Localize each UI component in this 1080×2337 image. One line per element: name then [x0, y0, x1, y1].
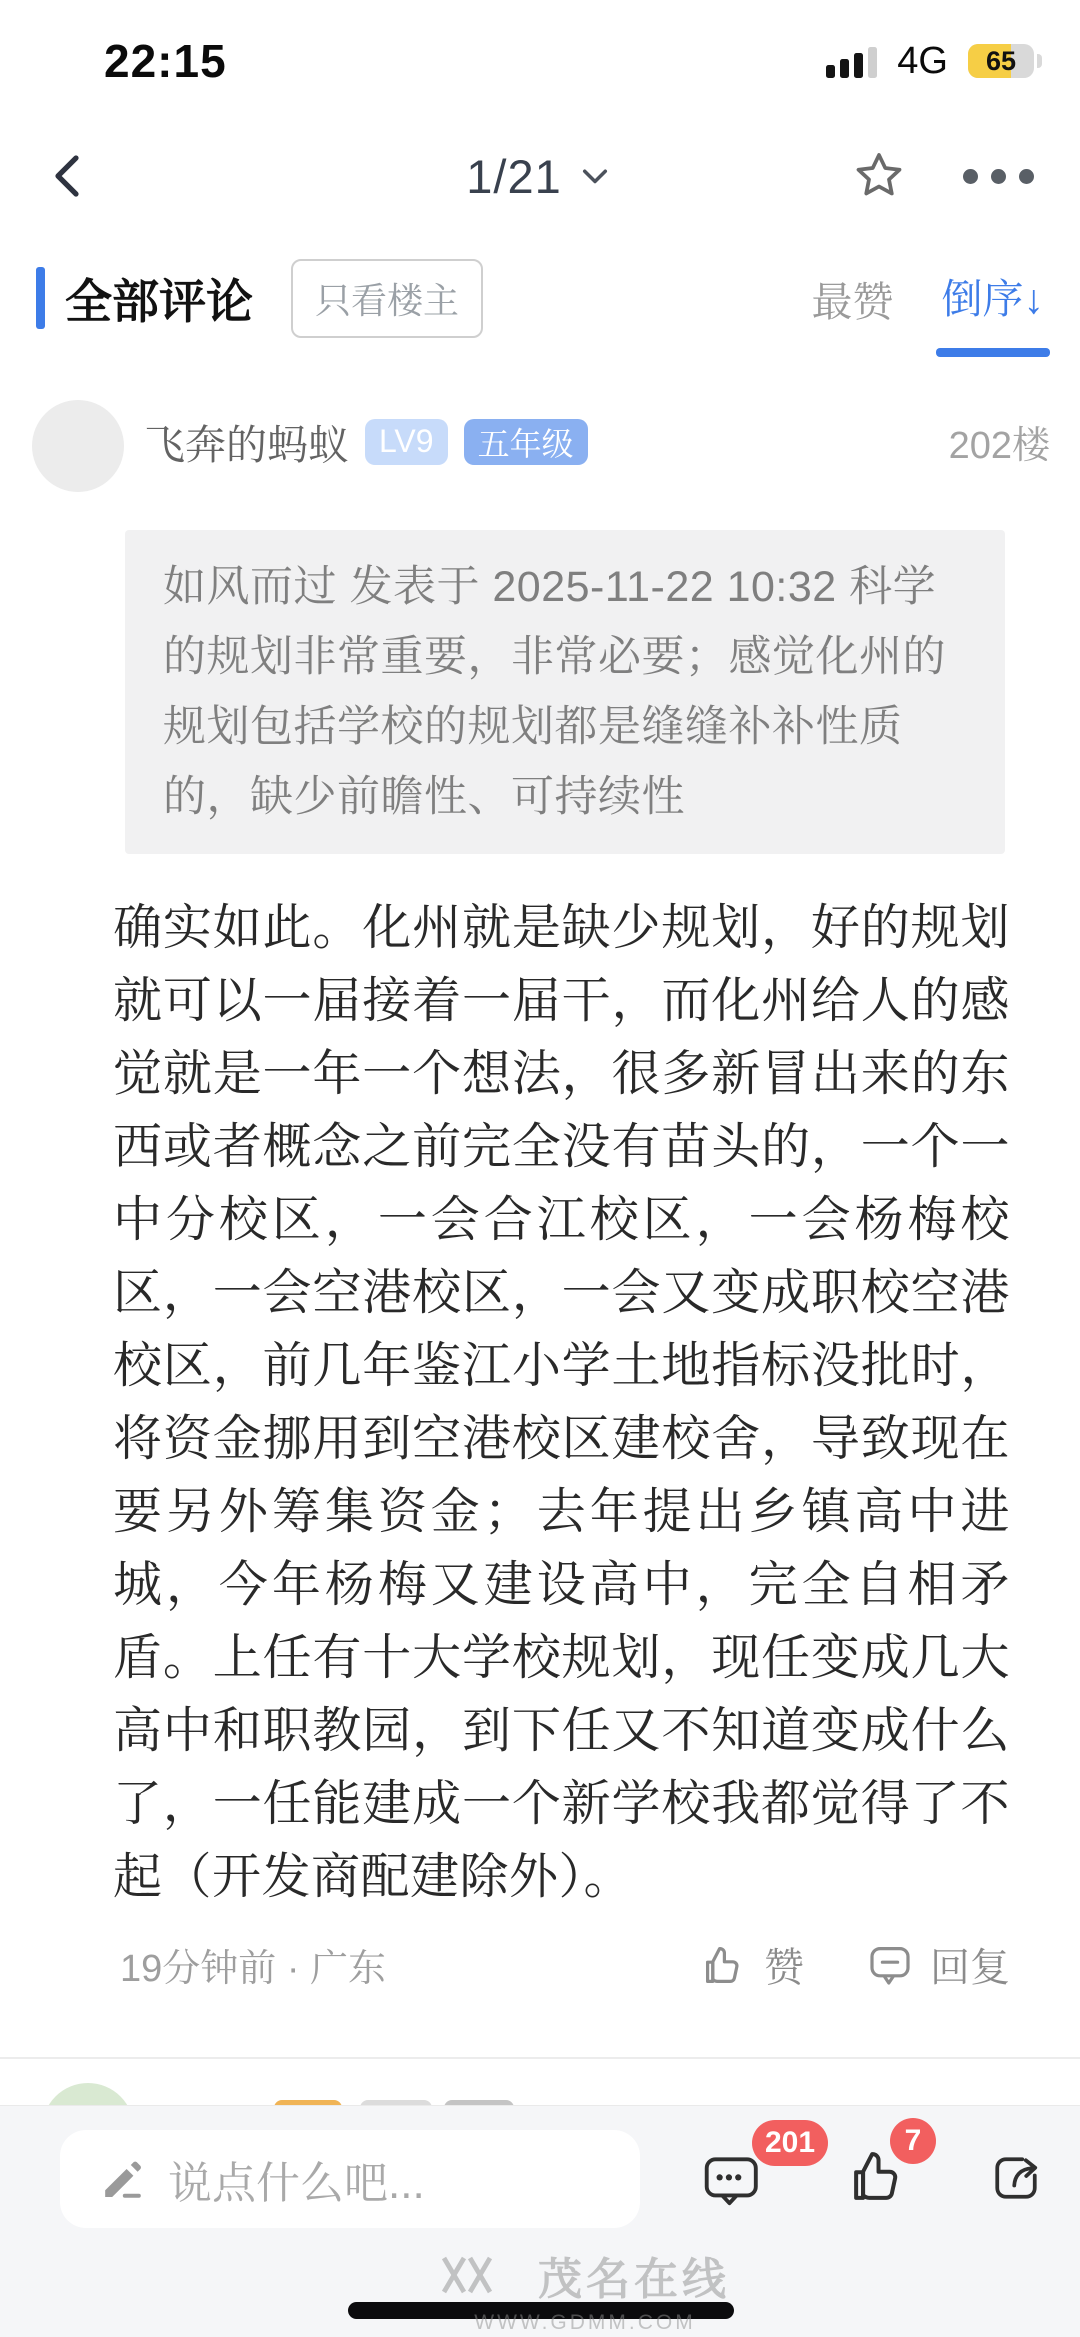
- star-icon: [849, 146, 909, 206]
- ellipsis-icon: [963, 169, 1034, 184]
- status-bar: 22:15 4G 65: [0, 0, 1080, 112]
- home-indicator[interactable]: [348, 2302, 734, 2319]
- sort-descending-button[interactable]: 倒序↓: [942, 266, 1045, 331]
- share-icon: [986, 2148, 1046, 2208]
- battery-level: 65: [968, 44, 1034, 78]
- input-placeholder: 说点什么吧...: [168, 2147, 425, 2211]
- comment-meta: 19分钟前 · 广东: [120, 1937, 386, 1992]
- view-comments-button[interactable]: [700, 2150, 762, 2215]
- like-button[interactable]: 赞: [700, 1936, 804, 1993]
- level-badge: LV9: [365, 419, 448, 465]
- signal-strength-icon: [826, 44, 877, 78]
- share-button[interactable]: [986, 2148, 1046, 2211]
- comment-body: 确实如此。化州就是缺少规划，好的规划就可以一届接着一届干，而化州给人的感觉就是一…: [113, 892, 1010, 1914]
- reply-label: 回复: [930, 1936, 1010, 1993]
- username[interactable]: 飞奔的蚂蚁: [144, 412, 349, 471]
- sort-by-likes-button[interactable]: 最赞: [812, 269, 894, 328]
- page-selector[interactable]: 1/21: [410, 148, 670, 205]
- like-label: 赞: [764, 1936, 804, 1993]
- network-type-label: 4G: [897, 40, 948, 83]
- section-title: 全部评论: [65, 265, 253, 332]
- back-button[interactable]: [44, 140, 104, 212]
- battery-icon: 65: [968, 44, 1034, 78]
- comment-count-badge: 201: [752, 2120, 828, 2166]
- reply-bubble-icon: [866, 1941, 914, 1989]
- avatar[interactable]: [32, 400, 124, 492]
- favorite-button[interactable]: [849, 146, 909, 206]
- comment-footer: 19分钟前 · 广东 赞 回复: [120, 1936, 1010, 1993]
- section-accent-bar: [36, 267, 45, 329]
- page-indicator: 1/21: [466, 149, 561, 204]
- pencil-icon: [98, 2155, 146, 2203]
- like-count-badge: 7: [890, 2118, 936, 2164]
- thumbs-up-icon: [700, 1941, 748, 1989]
- nav-bar: 1/21: [0, 112, 1080, 240]
- filter-op-only-button[interactable]: 只看楼主: [291, 259, 483, 338]
- more-button[interactable]: [963, 169, 1034, 184]
- composer-bar: 说点什么吧... 201 7: [0, 2105, 1080, 2337]
- sort-active-indicator: [936, 348, 1051, 357]
- back-chevron-icon: [44, 142, 92, 210]
- chevron-down-icon: [576, 157, 614, 195]
- floor-number: 202楼: [949, 414, 1050, 469]
- comment-input[interactable]: 说点什么吧...: [60, 2130, 640, 2228]
- quoted-post: 如风而过 发表于 2025-11-22 10:32 科学的规划非常重要，非常必要…: [125, 530, 1005, 854]
- comment-item: 飞奔的蚂蚁 LV9 五年级 202楼 如风而过 发表于 2025-11-22 1…: [0, 400, 1080, 1993]
- comments-toolbar: 全部评论 只看楼主 最赞 倒序↓: [0, 240, 1080, 356]
- arrow-down-icon: ↓: [1024, 276, 1045, 322]
- clock: 22:15: [104, 34, 227, 88]
- grade-badge: 五年级: [464, 419, 588, 465]
- comment-bubble-icon: [700, 2150, 762, 2212]
- reply-button[interactable]: 回复: [866, 1936, 1010, 1993]
- comment-header: 飞奔的蚂蚁 LV9 五年级 202楼: [32, 400, 1050, 492]
